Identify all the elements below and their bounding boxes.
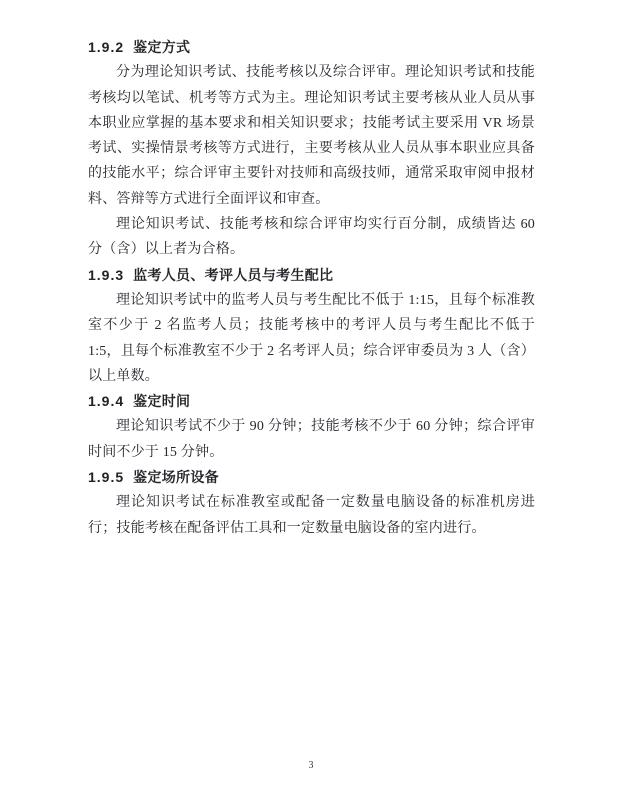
paragraph: 理论知识考试在标准教室或配备一定数量电脑设备的标准机房进行；技能考核在配备评估工…: [88, 490, 535, 541]
document-section: 1.9.4鉴定时间 理论知识考试不少于 90 分钟；技能考核不少于 60 分钟；…: [88, 389, 535, 465]
document-page: 1.9.2鉴定方式 分为理论知识考试、技能考核以及综合评审。理论知识考试和技能考…: [0, 0, 622, 788]
section-heading: 1.9.3监考人员、考评人员与考生配比: [88, 263, 535, 288]
document-section: 1.9.2鉴定方式 分为理论知识考试、技能考核以及综合评审。理论知识考试和技能考…: [88, 35, 535, 263]
section-heading-title: 鉴定场所设备: [133, 469, 219, 485]
section-paragraphs: 分为理论知识考试、技能考核以及综合评审。理论知识考试和技能考核均以笔试、机考等方…: [88, 60, 535, 262]
document-section: 1.9.3监考人员、考评人员与考生配比 理论知识考试中的监考人员与考生配比不低于…: [88, 263, 535, 389]
document-body: 1.9.2鉴定方式 分为理论知识考试、技能考核以及综合评审。理论知识考试和技能考…: [88, 35, 535, 541]
section-paragraphs: 理论知识考试不少于 90 分钟；技能考核不少于 60 分钟；综合评审时间不少于 …: [88, 414, 535, 465]
paragraph: 分为理论知识考试、技能考核以及综合评审。理论知识考试和技能考核均以笔试、机考等方…: [88, 60, 535, 212]
section-heading: 1.9.5鉴定场所设备: [88, 465, 535, 490]
section-heading-title: 鉴定方式: [133, 39, 190, 55]
section-heading-title: 监考人员、考评人员与考生配比: [133, 267, 333, 283]
section-paragraphs: 理论知识考试在标准教室或配备一定数量电脑设备的标准机房进行；技能考核在配备评估工…: [88, 490, 535, 541]
document-section: 1.9.5鉴定场所设备 理论知识考试在标准教室或配备一定数量电脑设备的标准机房进…: [88, 465, 535, 541]
page-number: 3: [0, 760, 622, 771]
paragraph: 理论知识考试、技能考核和综合评审均实行百分制，成绩皆达 60 分（含）以上者为合…: [88, 212, 535, 263]
section-heading: 1.9.2鉴定方式: [88, 35, 535, 60]
section-heading-number: 1.9.2: [88, 39, 124, 55]
section-heading-title: 鉴定时间: [133, 393, 190, 409]
section-heading-number: 1.9.4: [88, 393, 124, 409]
paragraph: 理论知识考试不少于 90 分钟；技能考核不少于 60 分钟；综合评审时间不少于 …: [88, 414, 535, 465]
section-heading: 1.9.4鉴定时间: [88, 389, 535, 414]
paragraph: 理论知识考试中的监考人员与考生配比不低于 1:15，且每个标准教室不少于 2 名…: [88, 288, 535, 389]
section-heading-number: 1.9.3: [88, 267, 124, 283]
section-heading-number: 1.9.5: [88, 469, 124, 485]
section-paragraphs: 理论知识考试中的监考人员与考生配比不低于 1:15，且每个标准教室不少于 2 名…: [88, 288, 535, 389]
